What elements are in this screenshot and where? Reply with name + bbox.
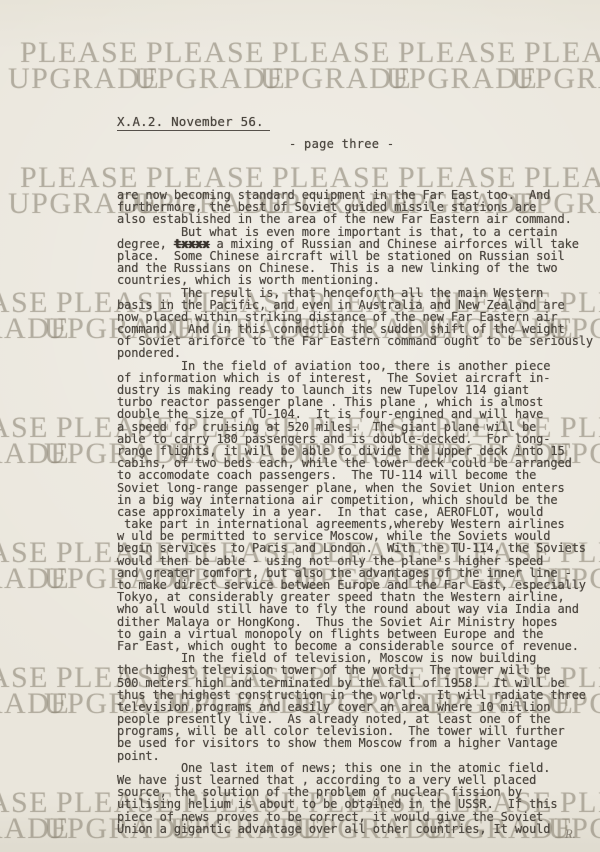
- text-line: to accomodate coach passengers. The TU-1…: [117, 469, 599, 481]
- text-line: be used for visitors to show them Moscow…: [117, 737, 599, 749]
- corner-annotation: R.: [565, 827, 576, 842]
- document-page: PLEASEUPGRADEPLEASEUPGRADEPLEASEUPGRADEP…: [0, 0, 600, 852]
- text-line: double the size of TU-104. It is four-en…: [117, 408, 599, 420]
- reference-number: X.A.2. November 56.: [117, 114, 270, 131]
- text-line: Union a gigantic advantage over all othe…: [117, 823, 599, 835]
- text-line: In the field of aviation too, there is a…: [117, 360, 599, 372]
- text-line: Soviet long-range passenger plane, when …: [117, 482, 599, 494]
- text-line: a speed for cruising at 520 miles. The g…: [117, 421, 599, 433]
- text-line: countries, which is worth mentioning.: [117, 274, 599, 286]
- document-reference: X.A.2. November 56.: [117, 114, 270, 129]
- text-line: piece of news proves to be correct, it w…: [117, 811, 599, 823]
- text-line: the highest television tower of the worl…: [117, 664, 599, 676]
- text-line: who all would still have to fly the roun…: [117, 603, 599, 615]
- body-text: are now becoming standard equipment in t…: [117, 189, 599, 835]
- text-line: 500 meters high and terminated by the fa…: [117, 677, 599, 689]
- text-line: dither Malaya or HongKong. Thus the Sovi…: [117, 616, 599, 628]
- text-line: also established in the area of the new …: [117, 213, 599, 225]
- text-line: The result is, that henceforth all the m…: [117, 287, 599, 299]
- text-line: utilising helium is about to be obtained…: [117, 798, 599, 810]
- typed-content: X.A.2. November 56. - page three - are n…: [0, 0, 600, 852]
- text-line: pondered.: [117, 347, 599, 359]
- page-number-label: - page three -: [289, 137, 394, 151]
- text-line: would then be able - using not only the …: [117, 555, 599, 567]
- text-line: begin services to Paris and London. With…: [117, 542, 599, 554]
- text-line: of Soviet ariforce to the Far Eastern co…: [117, 335, 599, 347]
- text-line: point.: [117, 750, 599, 762]
